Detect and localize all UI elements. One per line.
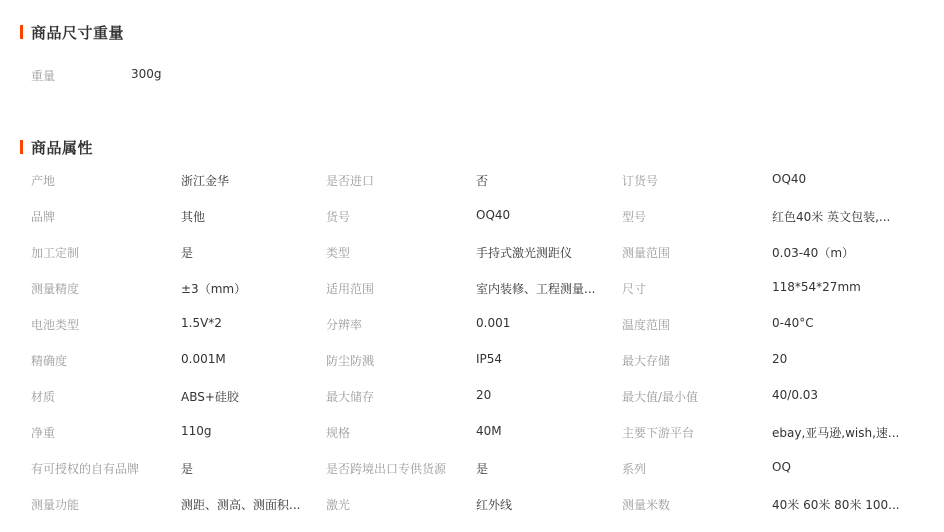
accent-bar-icon [20,25,23,39]
attribute-label: 最大储存 [326,388,374,405]
attribute-value: 0-40°C [772,316,814,330]
attribute-label: 货号 [326,208,350,225]
attribute-value: 是 [476,460,488,477]
attribute-value: OQ [772,460,791,474]
attribute-label: 是否跨境出口专供货源 [326,460,446,477]
attribute-value: 是 [181,244,193,261]
attribute-label: 净重 [31,424,55,441]
attribute-label: 精确度 [31,352,67,369]
attribute-label: 订货号 [622,172,658,189]
attribute-label: 电池类型 [31,316,79,333]
attribute-value: 手持式激光测距仪 [476,244,572,261]
attribute-row: 品牌其他货号OQ40型号红色40米 英文包装,... [0,198,944,234]
attribute-value: 0.001M [181,352,226,366]
attribute-value: 是 [181,460,193,477]
attribute-label: 测量范围 [622,244,670,261]
attribute-row: 有可授权的自有品牌是是否跨境出口专供货源是系列OQ [0,450,944,486]
attribute-value: 其他 [181,208,205,225]
section-title-attributes: 商品属性 [20,138,93,156]
attribute-value: 110g [181,424,212,438]
accent-bar-icon [20,140,23,154]
attribute-value: 1.5V*2 [181,316,222,330]
attribute-label: 激光 [326,496,350,513]
attribute-label: 分辨率 [326,316,362,333]
section-title-text: 商品属性 [31,137,93,158]
attribute-value: 40/0.03 [772,388,818,402]
attribute-row: 测量精度±3（mm）适用范围室内装修、工程测量...尺寸118*54*27mm [0,270,944,306]
weight-label: 重量 [31,67,55,84]
attribute-row: 净重110g规格40M主要下游平台ebay,亚马逊,wish,速... [0,414,944,450]
attribute-label: 有可授权的自有品牌 [31,460,139,477]
attribute-row: 加工定制是类型手持式激光测距仪测量范围0.03-40（m） [0,234,944,270]
attribute-label: 最大值/最小值 [622,388,698,405]
attribute-row: 精确度0.001M防尘防溅IP54最大存储20 [0,342,944,378]
attribute-value: 测距、测高、测面积... [181,496,300,513]
section-title-text: 商品尺寸重量 [31,22,124,43]
attribute-row: 产地浙江金华是否进口否订货号OQ40 [0,162,944,198]
attribute-label: 加工定制 [31,244,79,261]
attribute-label: 品牌 [31,208,55,225]
attribute-value: 0.001 [476,316,510,330]
attribute-label: 型号 [622,208,646,225]
attribute-value: 0.03-40（m） [772,244,854,261]
attribute-value: ±3（mm） [181,280,246,297]
attribute-value: 118*54*27mm [772,280,861,294]
attribute-value: 40M [476,424,502,438]
attribute-value: 浙江金华 [181,172,229,189]
attribute-label: 测量米数 [622,496,670,513]
attribute-value: OQ40 [772,172,806,186]
attribute-value: 否 [476,172,488,189]
attribute-label: 类型 [326,244,350,261]
weight-value: 300g [131,67,162,81]
attribute-value: ABS+硅胶 [181,388,239,405]
attribute-label: 温度范围 [622,316,670,333]
attribute-row: 测量功能测距、测高、测面积...激光红外线测量米数40米 60米 80米 100… [0,486,944,522]
attribute-value: 红外线 [476,496,512,513]
attribute-value: IP54 [476,352,502,366]
attribute-label: 最大存储 [622,352,670,369]
attribute-row: 材质ABS+硅胶最大储存20最大值/最小值40/0.03 [0,378,944,414]
attribute-label: 尺寸 [622,280,646,297]
attribute-label: 适用范围 [326,280,374,297]
attribute-value: 红色40米 英文包装,... [772,208,890,225]
attribute-value: ebay,亚马逊,wish,速... [772,424,899,441]
attribute-row: 电池类型1.5V*2分辨率0.001温度范围0-40°C [0,306,944,342]
attribute-value: 室内装修、工程测量... [476,280,595,297]
attribute-label: 测量精度 [31,280,79,297]
section-title-size-weight: 商品尺寸重量 [20,23,124,41]
attribute-value: OQ40 [476,208,510,222]
attribute-label: 主要下游平台 [622,424,694,441]
attribute-label: 规格 [326,424,350,441]
attribute-label: 系列 [622,460,646,477]
attribute-value: 20 [476,388,491,402]
attribute-label: 产地 [31,172,55,189]
attribute-label: 测量功能 [31,496,79,513]
attribute-label: 是否进口 [326,172,374,189]
attribute-label: 材质 [31,388,55,405]
attribute-value: 20 [772,352,787,366]
attribute-label: 防尘防溅 [326,352,374,369]
attribute-value: 40米 60米 80米 100... [772,496,900,513]
